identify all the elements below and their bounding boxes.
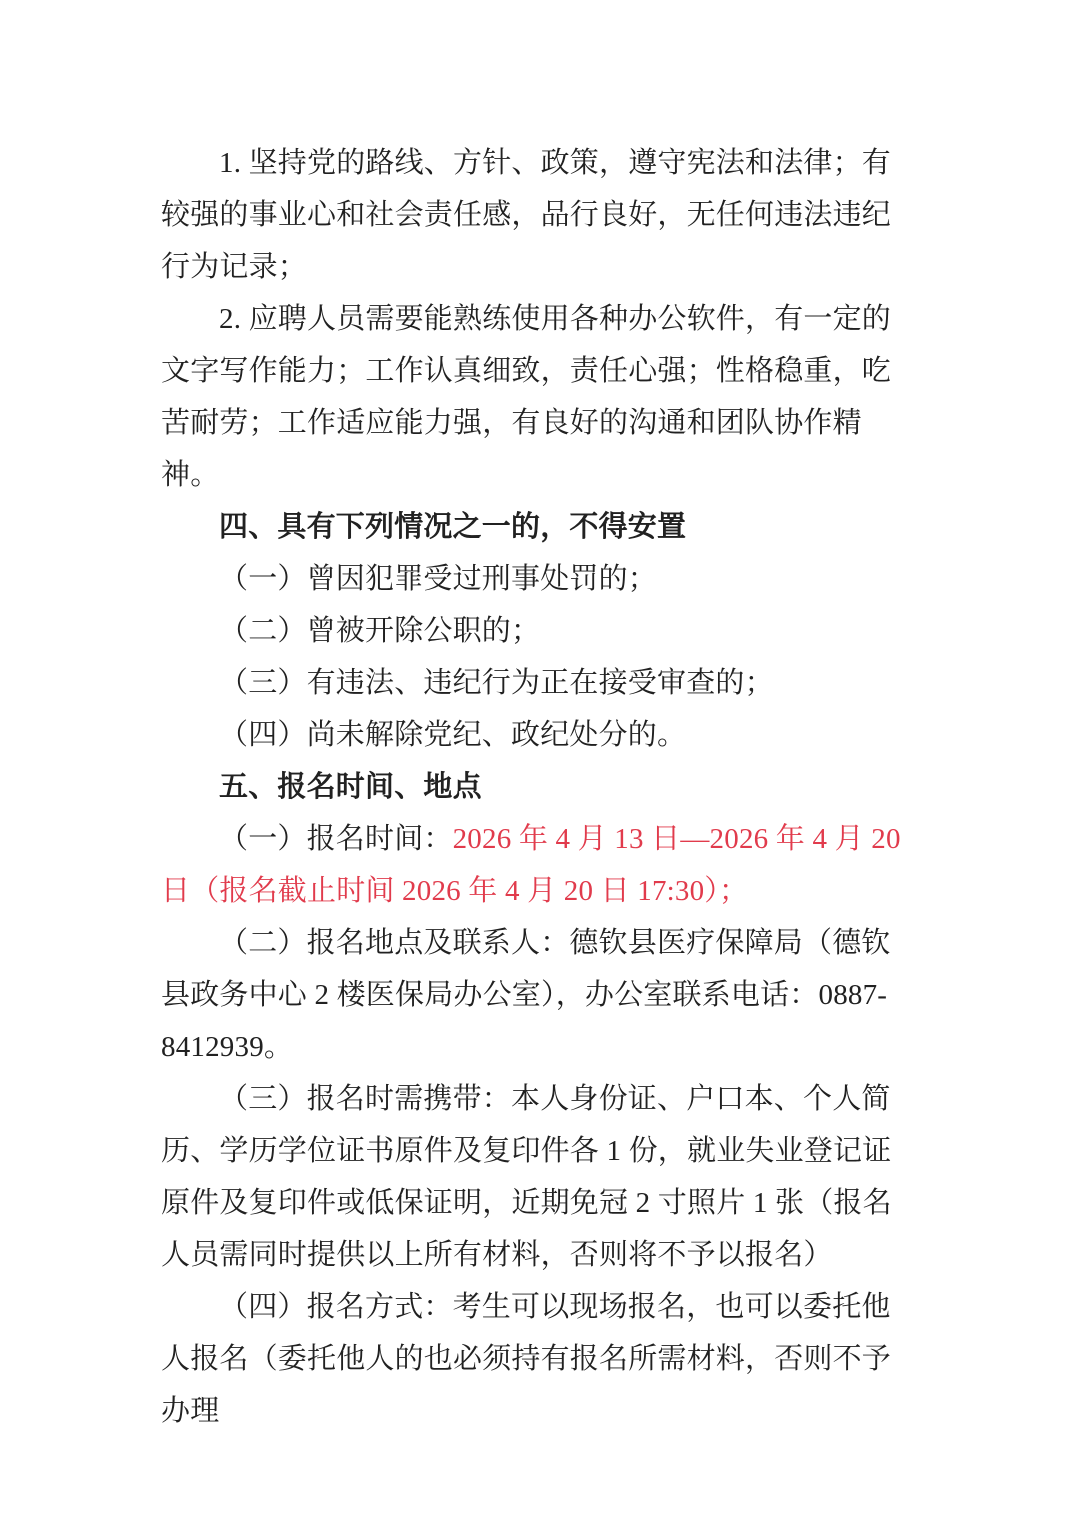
paragraph: （三）报名时需携带：本人身份证、户口本、个人简历、学历学位证书原件及复印件各 1… [161, 1073, 918, 1281]
paragraph: （一）曾因犯罪受过刑事处罚的； [161, 553, 918, 605]
text-run: （一）报名时间： [219, 823, 453, 855]
text-run: （三）报名时需携带：本人身份证、户口本、个人简历、学历学位证书原件及复印件各 1… [161, 1083, 892, 1271]
document-text-block: 1. 坚持党的路线、方针、政策，遵守宪法和法律；有较强的事业心和社会责任感，品行… [161, 137, 918, 1437]
text-run: 1. 坚持党的路线、方针、政策，遵守宪法和法律；有较强的事业心和社会责任感，品行… [161, 147, 891, 283]
paragraph: （四）报名方式：考生可以现场报名，也可以委托他人报名（委托他人的也必须持有报名所… [161, 1281, 918, 1437]
text-run: 四、具有下列情况之一的，不得安置 [219, 511, 686, 543]
text-run: （四）尚未解除党纪、政纪处分的。 [219, 719, 686, 751]
paragraph: （一）报名时间：2026 年 4 月 13 日—2026 年 4 月 20 日（… [161, 813, 918, 917]
paragraph: （四）尚未解除党纪、政纪处分的。 [161, 709, 918, 761]
section-heading: 五、报名时间、地点 [161, 761, 918, 813]
text-run: （四）报名方式：考生可以现场报名，也可以委托他人报名（委托他人的也必须持有报名所… [161, 1291, 891, 1427]
paragraph: （二）报名地点及联系人：德钦县医疗保障局（德钦县政务中心 2 楼医保局办公室），… [161, 917, 918, 1073]
text-run: （三）有违法、违纪行为正在接受审查的； [219, 667, 774, 699]
text-run: （二）曾被开除公职的； [219, 615, 540, 647]
text-run: （二）报名地点及联系人：德钦县医疗保障局（德钦县政务中心 2 楼医保局办公室），… [161, 927, 891, 1063]
paragraph: 2. 应聘人员需要能熟练使用各种办公软件，有一定的文字写作能力；工作认真细致，责… [161, 293, 918, 501]
text-run: （一）曾因犯罪受过刑事处罚的； [219, 563, 657, 595]
paragraph: （二）曾被开除公职的； [161, 605, 918, 657]
paragraph: 1. 坚持党的路线、方针、政策，遵守宪法和法律；有较强的事业心和社会责任感，品行… [161, 137, 918, 293]
text-run: 五、报名时间、地点 [219, 771, 482, 803]
section-heading: 四、具有下列情况之一的，不得安置 [161, 501, 918, 553]
paragraph: （三）有违法、违纪行为正在接受审查的； [161, 657, 918, 709]
document-page: 1. 坚持党的路线、方针、政策，遵守宪法和法律；有较强的事业心和社会责任感，品行… [0, 0, 1080, 1528]
text-run: 2. 应聘人员需要能熟练使用各种办公软件，有一定的文字写作能力；工作认真细致，责… [161, 303, 891, 491]
